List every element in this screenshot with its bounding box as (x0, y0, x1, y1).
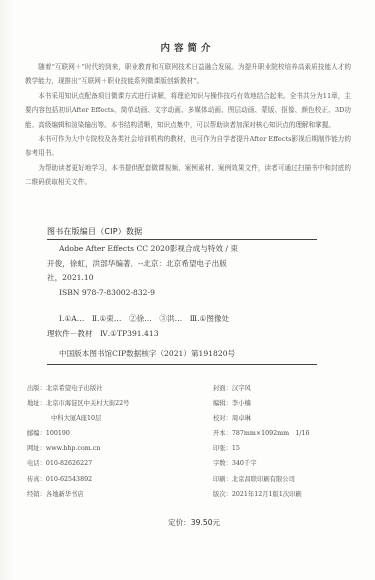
info-row-editor: 编辑：李小楠 (213, 396, 363, 411)
cip-heading: 图书在版编目（CIP）数据 (47, 226, 317, 240)
intro-paragraph: 随着“互联网＋”时代的到来，职业教育和互联网技术日益融合发展。为提升职业院校培养… (25, 60, 351, 89)
info-value: 李小楠 (232, 400, 251, 407)
info-label: 邮编： (27, 430, 46, 437)
info-value: 周卓琳 (232, 415, 251, 422)
info-label: 开本： (213, 430, 232, 437)
info-value: 787mm×1092mm 1/16 (232, 430, 310, 437)
cip-classification-line: Ⅰ.①A… Ⅱ.①束… ②徐… ③洪… Ⅲ.①图像处 (47, 312, 317, 327)
info-value: 中科大厦A座10层 (27, 415, 101, 422)
cip-classification-line: 理软件－教材 Ⅳ.①TP391.413 (47, 327, 317, 342)
cip-isbn: ISBN 978-7-83002-832-9 (47, 286, 317, 301)
info-value: 2021年12月1版1次印刷 (232, 491, 302, 498)
cip-block: 图书在版编目（CIP）数据 Adobe After Effects CC 202… (47, 226, 317, 365)
intro-body: 随着“互联网＋”时代的到来，职业教育和互联网技术日益融合发展。为提升职业院校培养… (25, 60, 351, 190)
intro-paragraph: 本书采用知识点配备项目微课方式进行讲解，将理论知识与操作技巧有效地结合起来。全书… (25, 89, 351, 132)
info-label: 电话： (27, 460, 46, 467)
info-value: 100190 (46, 430, 70, 437)
cip-record-number: 中国版本图书馆CIP数据核字（2021）第191820号 (47, 347, 317, 365)
info-label: 字数： (213, 460, 232, 467)
publisher-info-right: 封面：汉字风 编辑：李小楠 校对：周卓琳 开本：787mm×1092mm 1/1… (213, 381, 363, 502)
info-row-cover: 封面：汉字风 (213, 381, 363, 396)
info-row-edition: 版次：2021年12月1版1次印刷 (213, 487, 363, 502)
info-label: 出版： (27, 385, 46, 392)
info-row-fax: 传真：010-62543892 (27, 472, 187, 487)
info-row-publisher: 出版：北京希望电子出版社 (27, 381, 187, 396)
info-label: 印张： (213, 445, 232, 452)
info-row-website: 网址：www.bhp.com.cn (27, 441, 187, 456)
info-label: 地址： (27, 400, 46, 407)
info-row-distributor: 经销：各地新华书店 (27, 487, 187, 502)
info-row-address-cont: 中科大厦A座10层 (27, 411, 187, 426)
info-value: 010-82626227 (46, 460, 92, 467)
info-label: 经销： (27, 491, 46, 498)
info-value: www.bhp.com.cn (46, 445, 100, 452)
info-row-postcode: 邮编：100190 (27, 426, 187, 441)
publisher-info-left: 出版：北京希望电子出版社 地址：北京市海淀区中关村大街22号 中科大厦A座10层… (27, 381, 187, 502)
cip-spacer (47, 300, 317, 312)
info-label: 校对： (213, 415, 232, 422)
info-value: 各地新华书店 (46, 491, 84, 498)
price-label: 定价： (168, 518, 191, 527)
info-label: 封面： (213, 385, 232, 392)
info-value: 北京市海淀区中关村大街22号 (46, 400, 130, 407)
info-label: 版次： (213, 491, 232, 498)
cip-body: Adobe After Effects CC 2020影视合成与特效 / 束 开… (47, 240, 317, 341)
intro-paragraph: 本书可作为大中专院校及各类社会培训机构的教材，也可作为自学者提升After Ef… (25, 132, 351, 161)
info-row-format: 开本：787mm×1092mm 1/16 (213, 426, 363, 441)
info-label: 网址： (27, 445, 46, 452)
info-value: 汉字风 (232, 385, 251, 392)
info-value: 15 (232, 445, 240, 452)
info-label: 编辑： (213, 400, 232, 407)
info-label: 印刷： (213, 476, 232, 483)
info-value: 北京昌联印刷有限公司 (232, 476, 295, 483)
intro-title: 内容简介 (0, 40, 375, 54)
price-value: 39.50元 (191, 518, 220, 527)
info-row-sheets: 印张：15 (213, 441, 363, 456)
info-label: 传真： (27, 476, 46, 483)
intro-paragraph: 为帮助读者更好地学习，本书提供配套微课视频、案例素材、案例效果文件，读者可通过扫… (25, 161, 351, 190)
copyright-page: 内容简介 随着“互联网＋”时代的到来，职业教育和互联网技术日益融合发展。为提升职… (0, 0, 375, 580)
info-row-wordcount: 字数：340千字 (213, 456, 363, 471)
cip-authors-line: 开俊，徐虹，洪部华编著．--北京：北京希望电子出版 (47, 257, 317, 272)
info-value: 010-62543892 (46, 476, 92, 483)
info-value: 北京希望电子出版社 (46, 385, 103, 392)
cip-title-line: Adobe After Effects CC 2020影视合成与特效 / 束 (47, 242, 317, 257)
info-row-proofreader: 校对：周卓琳 (213, 411, 363, 426)
info-row-phone: 电话：010-82626227 (27, 456, 187, 471)
cip-publisher-line: 社，2021.10 (47, 271, 317, 286)
price: 定价：39.50元 (168, 517, 220, 528)
info-value: 340千字 (232, 460, 257, 467)
info-row-printer: 印刷：北京昌联印刷有限公司 (213, 472, 363, 487)
info-row-address: 地址：北京市海淀区中关村大街22号 (27, 396, 187, 411)
